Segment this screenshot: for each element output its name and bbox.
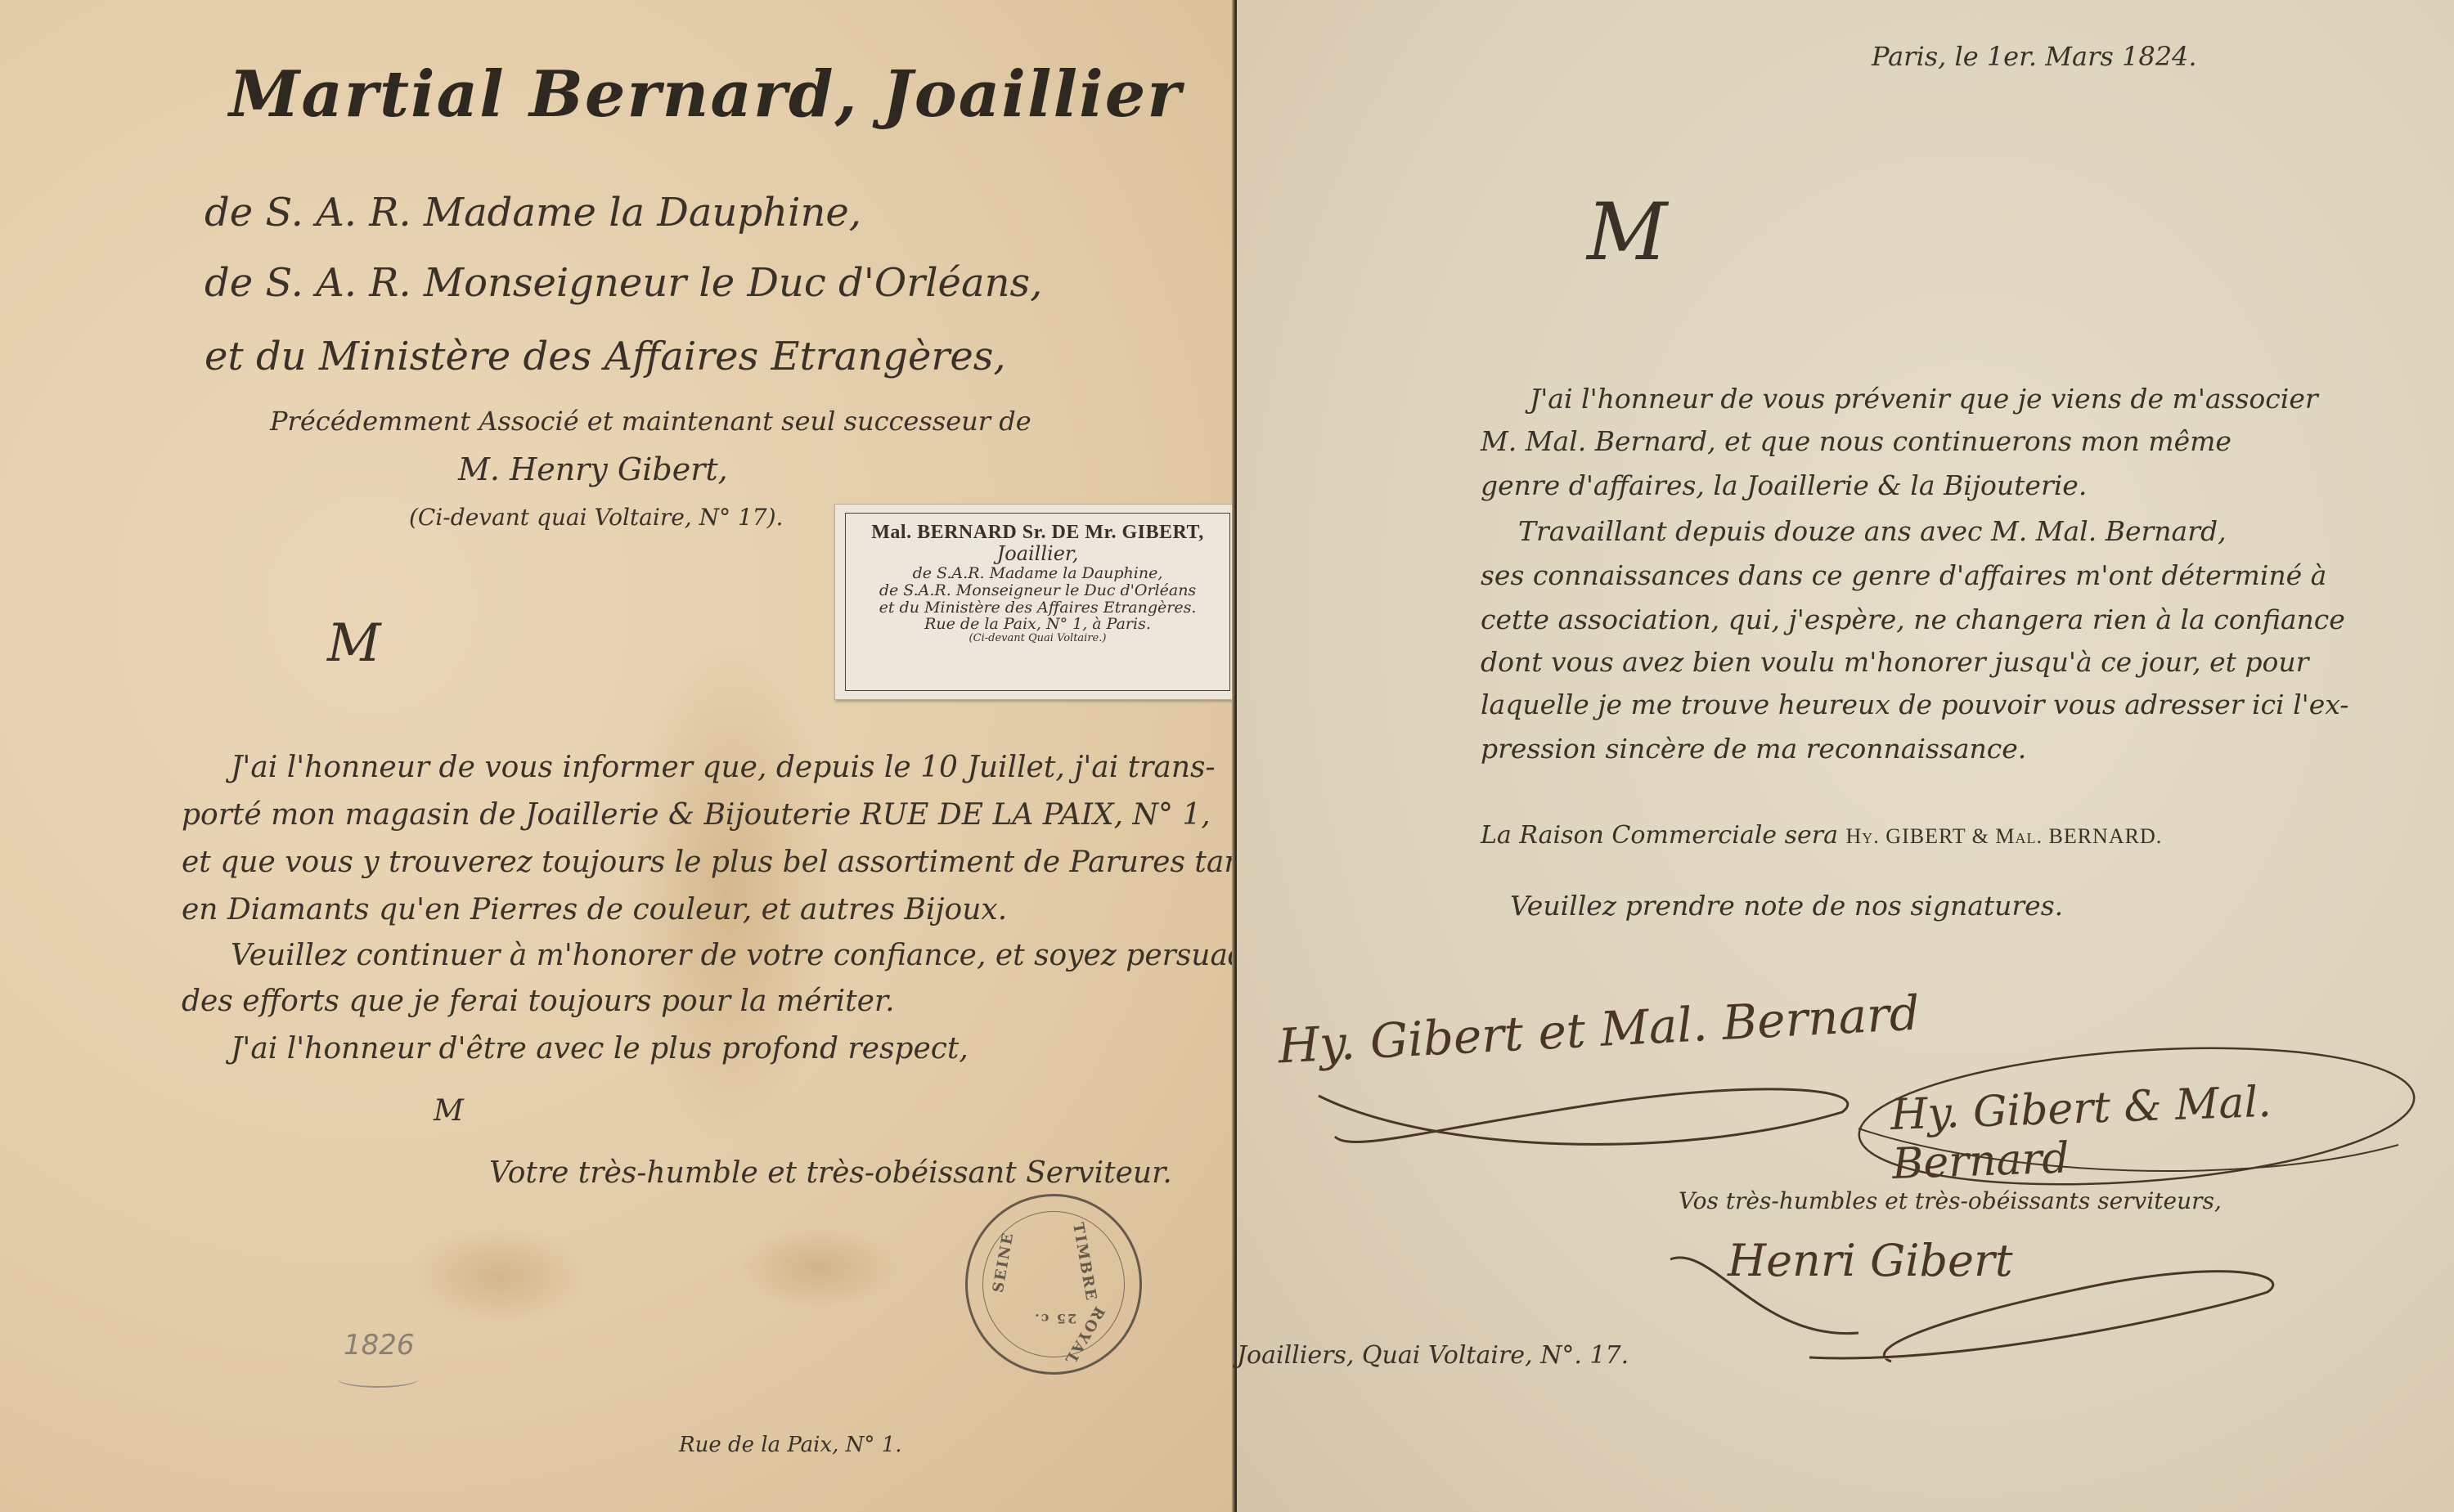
firm-name-prefix: La Raison Commerciale sera (1481, 821, 1838, 850)
closing-line: Votre très-humble et très-obéissant Serv… (489, 1156, 1172, 1190)
former-address: (Ci-devant quai Voltaire, N° 17). (409, 504, 783, 531)
footer-address: Joailliers, Quai Voltaire, N°. 17. (1237, 1341, 1629, 1370)
body-line: des efforts que je ferai toujours pour l… (182, 985, 895, 1018)
card-line: de S.A.R. Madame la Dauphine, (846, 565, 1229, 582)
patronage-line: de S. A. R. Monseigneur le Duc d'Orléans… (204, 260, 1042, 306)
body-line: ses connaissances dans ce genre d'affair… (1481, 559, 2326, 591)
salutation: M (327, 613, 381, 674)
body-line: Veuillez continuer à m'honorer de votre … (231, 939, 1264, 972)
closing-initial: M (434, 1094, 464, 1128)
successor-line: Précédemment Associé et maintenant seul … (270, 406, 1031, 437)
pencil-underline (337, 1370, 419, 1388)
left-page-letter: Martial Bernard, Joaillier de S. A. R. M… (0, 0, 1237, 1512)
body-line: J'ai l'honneur de vous prévenir que je v… (1530, 383, 2318, 415)
card-line: et du Ministère des Affaires Etrangères. (846, 599, 1229, 617)
body-line: genre d'affaires, la Joaillerie & la Bij… (1481, 469, 2087, 501)
predecessor-name: M. Henry Gibert, (458, 451, 728, 487)
body-line: cette association, qui, j'espère, ne cha… (1481, 603, 2345, 635)
letter-date: Paris, le 1er. Mars 1824. (1872, 41, 2197, 72)
card-former-address: (Ci-devant Quai Voltaire.) (846, 633, 1229, 644)
card-line: de S.A.R. Monseigneur le Duc d'Orléans (846, 582, 1229, 599)
body-line: en Diamants qu'en Pierres de couleur, et… (182, 893, 1007, 926)
water-stain (622, 638, 834, 1145)
signature-note: Veuillez prendre note de nos signatures. (1510, 890, 2063, 922)
water-stain (736, 1227, 900, 1308)
card-title: Joaillier, (846, 543, 1229, 564)
card-header: Mal. BERNARD Sr. DE Mr. GIBERT, (846, 522, 1229, 543)
body-line: M. Mal. Bernard, et que nous continueron… (1481, 425, 2232, 457)
firm-name: Hy. GIBERT & Mal. BERNARD. (1846, 824, 2163, 848)
signature-flourish (1842, 1039, 2439, 1202)
right-page-letter: Paris, le 1er. Mars 1824. M J'ai l'honne… (1237, 0, 2454, 1512)
signature-flourish (1270, 1063, 1858, 1161)
water-stain (409, 1227, 589, 1325)
royal-tax-stamp: TIMBRE ROYAL SEINE 25 c. (965, 1194, 1142, 1375)
body-line: J'ai l'honneur de vous informer que, dep… (231, 751, 1216, 784)
card-border: Mal. BERNARD Sr. DE Mr. GIBERT, Joaillie… (845, 513, 1230, 691)
patronage-line: et du Ministère des Affaires Etrangères, (204, 334, 1006, 379)
body-line: dont vous avez bien voulu m'honorer jusq… (1481, 646, 2308, 678)
patronage-line: de S. A. R. Madame la Dauphine, (204, 190, 861, 236)
body-line: Travaillant depuis douze ans avec M. Mal… (1518, 515, 2227, 547)
signature-flourish (1646, 1227, 2300, 1366)
stamp-value: 25 c. (1033, 1311, 1076, 1326)
pencil-date-note: 1826 (344, 1329, 415, 1362)
body-line: et que vous y trouverez toujours le plus… (182, 846, 1255, 879)
card-address: Rue de la Paix, N° 1, à Paris. (846, 616, 1229, 633)
body-line: pression sincère de ma reconnaissance. (1481, 733, 2026, 765)
footer-address: Rue de la Paix, N° 1. (679, 1433, 902, 1457)
salutation: M (1587, 186, 1667, 278)
closing-line: Vos très-humbles et très-obéissants serv… (1679, 1187, 2222, 1214)
handwritten-signature: Hy. Gibert et Mal. Bernard (1277, 985, 1921, 1074)
letterhead-title: Martial Bernard, Joaillier (229, 57, 1183, 132)
body-line: laquelle je me trouve heureux de pouvoir… (1481, 689, 2348, 720)
merchant-label-card: Mal. BERNARD Sr. DE Mr. GIBERT, Joaillie… (834, 504, 1241, 700)
body-line: porté mon magasin de Joaillerie & Bijout… (182, 798, 1211, 832)
firm-name-line: La Raison Commerciale sera Hy. GIBERT & … (1481, 821, 2162, 850)
body-line: J'ai l'honneur d'être avec le plus profo… (231, 1032, 969, 1066)
